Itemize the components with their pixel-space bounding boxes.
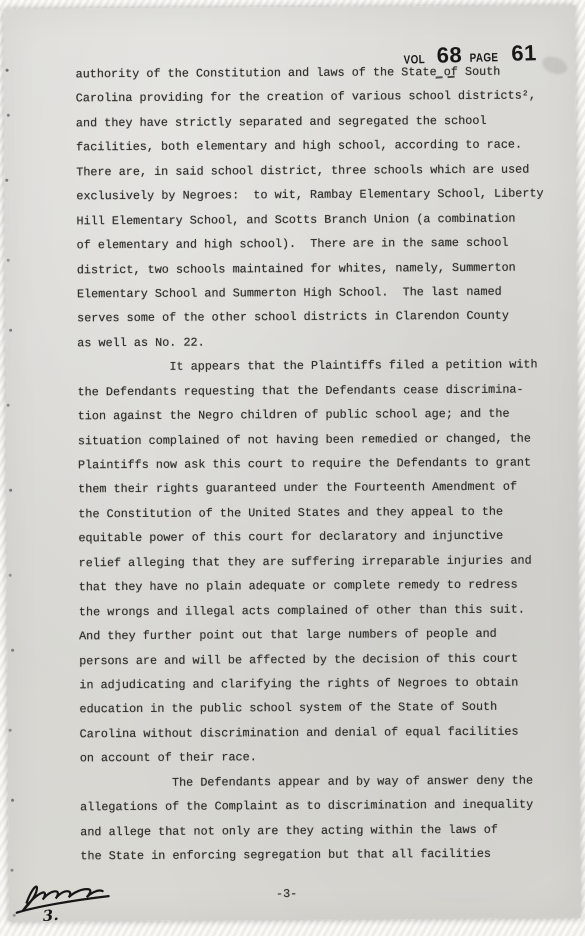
document-scan: VOL 68 PAGE 61 authority of the Constitu… [0, 0, 585, 936]
text-line: relief alleging that they are suffering … [79, 548, 571, 575]
text-line: The Defendants appear and by way of answ… [80, 768, 572, 795]
text-line: Elementary School and Summerton High Sch… [77, 279, 569, 306]
text-line: Plaintiffs now ask this court to require… [78, 450, 570, 477]
paper-page: VOL 68 PAGE 61 authority of the Constitu… [3, 5, 581, 921]
text-line: persons are and will be affected by the … [79, 646, 571, 673]
text-line: of elementary and high school). There ar… [77, 230, 569, 257]
text-line: as well as No. 22. [77, 328, 569, 355]
handwritten-annotation: 3. [13, 876, 123, 929]
text-line: There are, in said school district, thre… [76, 157, 568, 184]
text-line: equitable power of this court for declar… [78, 524, 570, 551]
text-line: It appears that the Plaintiffs filed a p… [77, 353, 569, 380]
text-line: on account of their race. [80, 744, 572, 771]
text-line: in adjudicating and clarifying the right… [79, 670, 571, 697]
text-line: the Constitution of the United States an… [78, 499, 570, 526]
text-line: district, two schools maintained for whi… [77, 255, 569, 282]
text-line: situation complained of not having been … [78, 426, 570, 453]
text-line: and allege that not only are they acting… [80, 817, 572, 844]
text-line: And they further point out that large nu… [79, 621, 571, 648]
text-line: and they have strictly separated and seg… [76, 108, 568, 135]
text-line: Carolina providing for the creation of v… [76, 84, 568, 111]
binding-speckles [6, 69, 9, 72]
text-line: serves some of the other school district… [77, 304, 569, 331]
handwritten-number: 3. [42, 906, 59, 925]
text-line: the Defendants requesting that the Defen… [77, 377, 569, 404]
footer-page-number: -3- [81, 886, 493, 903]
text-line: Hill Elementary School, and Scotts Branc… [76, 206, 568, 233]
text-line: exclusively by Negroes: to wit, Rambay E… [76, 181, 568, 208]
text-line: the wrongs and illegal acts complained o… [79, 597, 571, 624]
document-lines: authority of the Constitution and laws o… [76, 59, 573, 868]
text-line: Carolina without discrimination and deni… [80, 719, 572, 746]
text-line: education in the public school system of… [79, 695, 571, 722]
text-line: tion against the Negro children of publi… [78, 401, 570, 428]
text-line: authority of the Constitution and laws o… [76, 59, 568, 86]
text-line: facilities, both elementary and high sch… [76, 133, 568, 160]
signature-scribble-icon [13, 876, 123, 929]
text-line: the State in enforcing segregation but t… [80, 841, 572, 868]
text-line: them their rights guaranteed under the F… [78, 475, 570, 502]
text-line: allegations of the Complaint as to discr… [80, 792, 572, 819]
text-line: that they have no plain adequate or comp… [79, 572, 571, 599]
